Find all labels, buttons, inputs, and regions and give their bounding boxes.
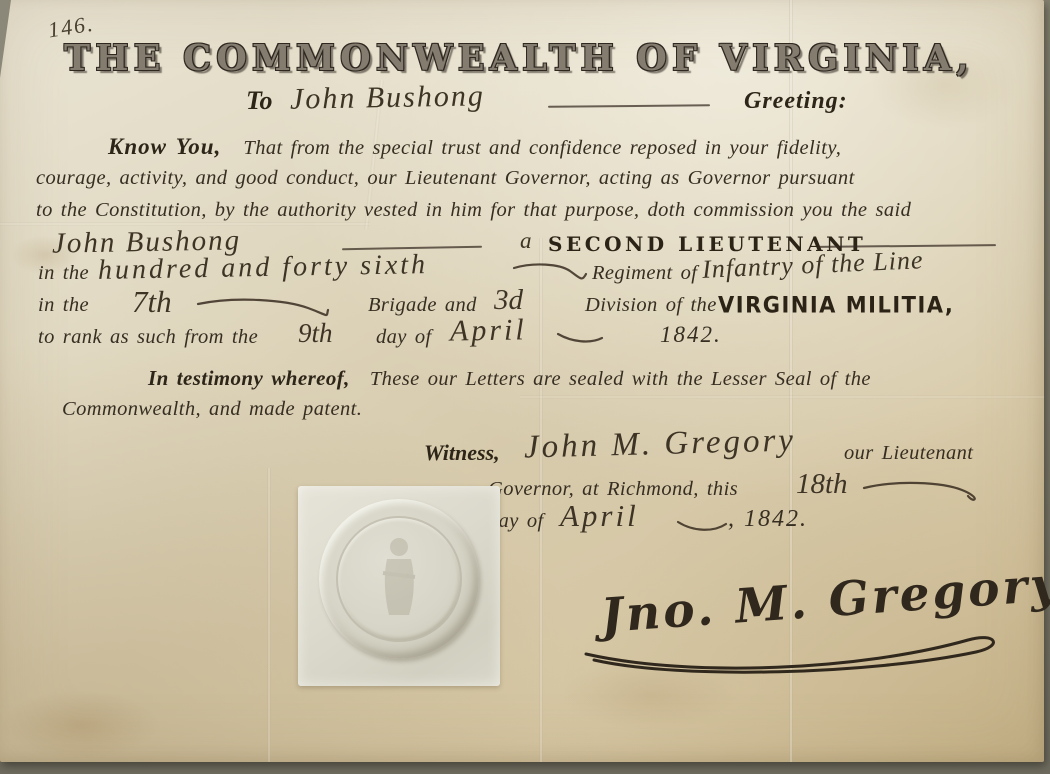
pen-flourish — [556, 330, 604, 346]
witness-rest-1: our Lieutenant — [844, 442, 973, 465]
know-you-lead: Know You, — [108, 134, 221, 159]
fill-in-rule — [548, 104, 710, 107]
body-line-2: courage, activity, and good conduct, our… — [36, 167, 972, 190]
pen-flourish — [862, 478, 974, 504]
regiment-number-handwritten: hundred and forty sixth — [98, 249, 429, 287]
signature-flourish — [586, 638, 993, 673]
militia-label: VIRGINIA MILITIA, — [718, 293, 954, 318]
vertical-fold-crease — [267, 468, 271, 762]
recipient-name-salutation: John Bushong — [290, 79, 485, 116]
testimony-line-1: In testimony whereof, These our Letters … — [148, 366, 1002, 391]
paper-stain — [0, 690, 160, 760]
pen-flourish — [676, 518, 728, 534]
witness-year: , 1842. — [728, 506, 808, 533]
horizontal-fold-crease — [520, 395, 1044, 399]
in-the-label-1: in the — [38, 262, 89, 285]
embossed-seal-icon — [319, 499, 479, 659]
month-handwritten: April — [450, 313, 527, 348]
day-of-label-1: day of — [376, 326, 432, 349]
seal-figure-emboss — [369, 533, 429, 628]
witness-name-handwritten: John M. Gregory — [524, 422, 797, 466]
pen-flourish — [196, 296, 330, 318]
greeting-label: Greeting: — [744, 88, 848, 115]
rank-from-label: to rank as such from the — [38, 326, 258, 349]
testimony-text-1: These our Letters are sealed with the Le… — [370, 368, 871, 390]
governor-signature: Jno. M. Gregory — [572, 566, 1032, 681]
witness-day-handwritten: 18th — [796, 468, 848, 501]
in-the-label-2: in the — [38, 294, 89, 317]
signature-text: Jno. M. Gregory — [591, 557, 1050, 645]
pen-flourish — [512, 262, 588, 282]
brigade-number-handwritten: 7th — [132, 284, 172, 320]
year-value: 1842. — [660, 322, 722, 348]
division-of-label: Division of the — [585, 294, 717, 317]
aged-certificate-paper: 146. THE COMMONWEALTH OF VIRGINIA, To Jo… — [0, 0, 1044, 762]
document-title: THE COMMONWEALTH OF VIRGINIA, — [0, 36, 1050, 78]
salutation-to-label: To — [246, 86, 273, 116]
testimony-line-2: Commonwealth, and made patent. — [62, 398, 362, 421]
photo-of-document: { "colors": { "paper": "#dacfb2", "ink":… — [0, 0, 1050, 774]
testimony-lead: In testimony whereof, — [148, 366, 350, 390]
regiment-of-label: Regiment of — [592, 262, 697, 285]
article-a: a — [520, 228, 532, 254]
seal-paper-wafer — [298, 486, 500, 686]
body-line-1: Know You, That from the special trust an… — [108, 134, 1000, 160]
witness-label: Witness, — [424, 440, 500, 466]
day-number-handwritten: 9th — [298, 318, 333, 349]
body-text-1: That from the special trust and confiden… — [243, 137, 841, 159]
witness-month-handwritten: April — [560, 498, 639, 534]
division-number-handwritten: 3d — [494, 284, 523, 317]
body-line-3: to the Constitution, by the authority ve… — [36, 199, 1004, 222]
